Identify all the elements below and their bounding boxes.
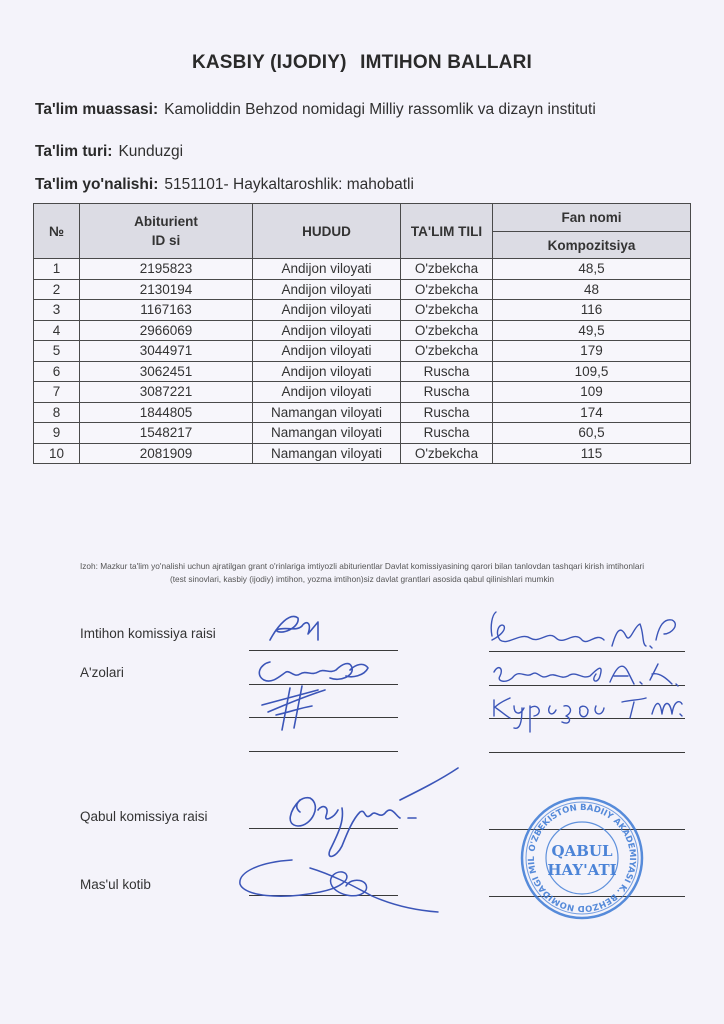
stamp-center-line2: HAY'ATI [547,861,616,879]
document-page: KASBIY (IJODIY) IMTIHON BALLARI Ta'lim m… [0,0,724,1024]
stamp-center-line1: QABUL [551,842,612,860]
official-stamp: O'ZBEKISTON BADIIY AKADEMIYASI K. BEHZOD… [517,793,647,923]
